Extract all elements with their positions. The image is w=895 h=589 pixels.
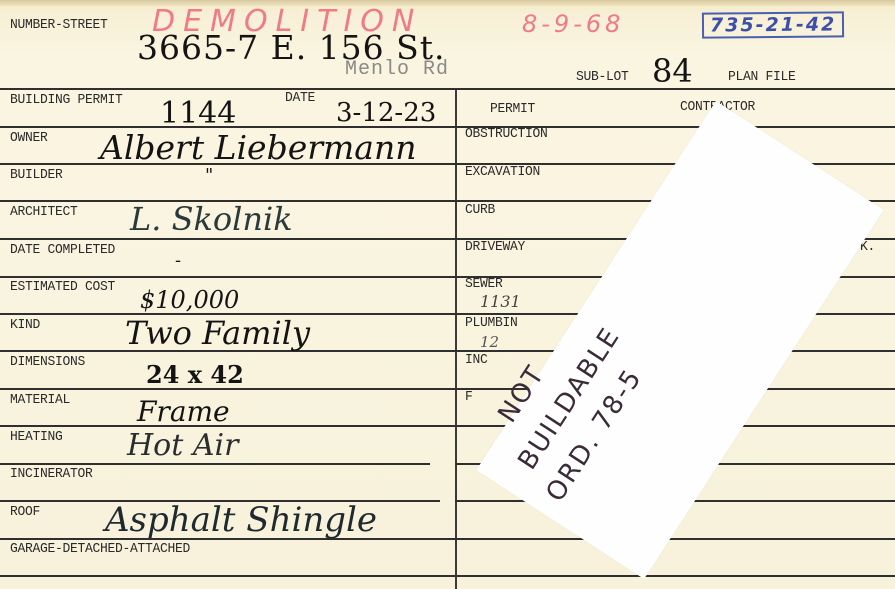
kind-value: Two Family bbox=[125, 314, 310, 352]
permit-row-curb: CURB bbox=[465, 202, 495, 218]
building-permit-label: BUILDING PERMIT bbox=[10, 92, 123, 108]
divider bbox=[0, 88, 895, 90]
material-value: Frame bbox=[137, 395, 230, 428]
permit-header: PERMIT bbox=[490, 101, 535, 117]
date-completed-label: DATE COMPLETED bbox=[10, 242, 115, 258]
permit-row-f: F bbox=[465, 389, 473, 405]
dimensions-value: 24 x 42 bbox=[146, 360, 244, 389]
sewer-permit-number: 1131 bbox=[480, 292, 521, 311]
owner-value: Albert Liebermann bbox=[100, 128, 416, 167]
date-value: 3-12-23 bbox=[336, 98, 436, 128]
builder-value: " bbox=[205, 165, 213, 186]
estimated-cost-value: $10,000 bbox=[140, 286, 239, 314]
incinerator-label: INCINERATOR bbox=[10, 466, 93, 482]
permit-row-sewer: SEWER bbox=[465, 276, 503, 292]
heating-value: Hot Air bbox=[127, 428, 238, 463]
divider bbox=[0, 238, 455, 240]
sub-lot-value: 84 bbox=[652, 52, 693, 90]
parcel-number-box: 735-21-42 bbox=[702, 11, 845, 38]
roof-label: ROOF bbox=[10, 504, 40, 520]
permit-row-driveway: DRIVEWAY bbox=[465, 239, 525, 255]
plan-file-label: PLAN FILE bbox=[728, 69, 796, 85]
dimensions-label: DIMENSIONS bbox=[10, 354, 85, 370]
estimated-cost-label: ESTIMATED COST bbox=[10, 279, 115, 295]
roof-value: Asphalt Shingle bbox=[105, 500, 377, 540]
kind-label: KIND bbox=[10, 317, 40, 333]
architect-value: L. Skolnik bbox=[130, 200, 293, 238]
date-completed-value: - bbox=[175, 250, 181, 271]
plumbing-permit-number: 12 bbox=[480, 333, 499, 351]
permit-row-incinerator: INC bbox=[465, 352, 488, 368]
demolition-date: 8-9-68 bbox=[522, 10, 624, 38]
permit-row-obstruction: OBSTRUCTION bbox=[465, 126, 548, 142]
builder-label: BUILDER bbox=[10, 167, 63, 183]
building-permit-value: 1144 bbox=[160, 96, 236, 131]
garage-label: GARAGE-DETACHED-ATTACHED bbox=[10, 541, 190, 557]
material-label: MATERIAL bbox=[10, 392, 70, 408]
owner-label: OWNER bbox=[10, 130, 48, 146]
permit-row-plumbing: PLUMBIN bbox=[465, 315, 518, 331]
permit-row-excavation: EXCAVATION bbox=[465, 164, 540, 180]
sub-lot-label: SUB-LOT bbox=[576, 69, 629, 85]
divider bbox=[0, 276, 455, 278]
heating-label: HEATING bbox=[10, 429, 63, 445]
date-label: DATE bbox=[285, 90, 315, 106]
divider bbox=[0, 575, 895, 577]
address-typed: Menlo Rd bbox=[345, 58, 449, 81]
divider bbox=[0, 463, 430, 465]
number-street-label: NUMBER-STREET bbox=[10, 17, 108, 33]
permit-card: NUMBER-STREET DEMOLITION 8-9-68 735-21-4… bbox=[0, 0, 895, 589]
architect-label: ARCHITECT bbox=[10, 204, 78, 220]
